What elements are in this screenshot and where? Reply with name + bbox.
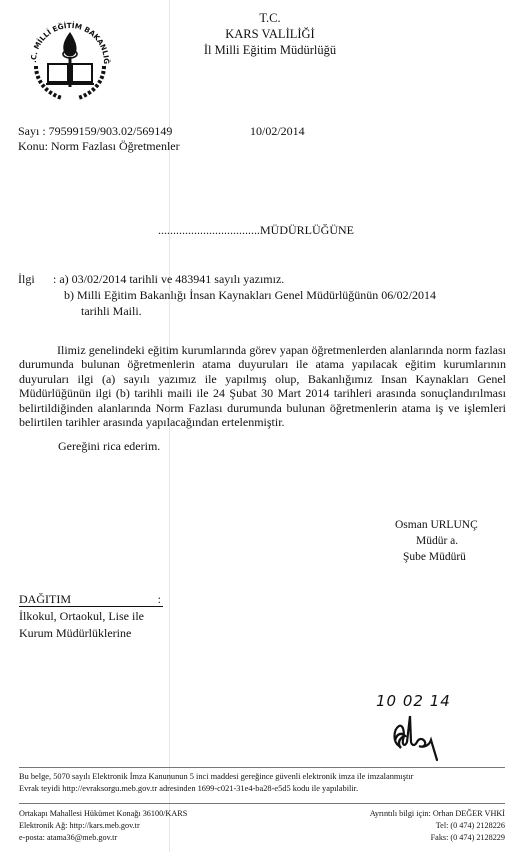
- footer-address: Ortakapı Mahallesi Hükümet Konağı 36100/…: [19, 808, 187, 820]
- footer-fax: Faks: (0 474) 2128229: [370, 832, 505, 844]
- e-signature-line-1: Bu belge, 5070 sayılı Elektronik İmza Ka…: [19, 771, 413, 783]
- letterhead-tc: T.C.: [180, 10, 360, 26]
- distribution-label: DAĞITIM: [19, 592, 71, 606]
- reference-value: : 79599159/903.02/569149: [42, 124, 172, 138]
- reference-label: Sayı: [18, 124, 39, 138]
- e-signature-line-2: Evrak teyidi http://evraksorgu.meb.gov.t…: [19, 783, 413, 795]
- body-paragraph: Ilimiz genelindeki eğitim kurumlarında g…: [19, 343, 506, 429]
- meb-logo-icon: T.C. MİLLİ EĞİTİM BAKANLIĞI: [22, 8, 118, 104]
- svg-text:T.C. MİLLİ EĞİTİM BAKANLIĞI: T.C. MİLLİ EĞİTİM BAKANLIĞI: [22, 8, 111, 64]
- divider-top: [19, 767, 505, 768]
- distribution-colon: :: [158, 592, 161, 606]
- distribution-heading: DAĞITIM :: [19, 592, 163, 607]
- handwritten-signature-icon: [385, 712, 445, 762]
- subject: Konu: Norm Fazlası Öğretmenler: [18, 139, 180, 153]
- signatory-title-2: Şube Müdürü: [403, 551, 466, 563]
- footer-email: e-posta: atama36@meb.gov.tr: [19, 832, 187, 844]
- footer-tel: Tel: (0 474) 2128226: [370, 820, 505, 832]
- closing-line: Gereğini rica ederim.: [58, 439, 160, 454]
- addressee: ..................................MÜDÜRL…: [158, 223, 354, 238]
- signatory-title-1: Müdür a.: [416, 535, 458, 547]
- subject-label: Konu:: [18, 139, 48, 153]
- distribution-line-1: İlkokul, Ortaokul, Lise ile: [19, 609, 144, 624]
- handwritten-date: 10 02 14: [376, 692, 451, 710]
- subject-value: Norm Fazlası Öğretmenler: [51, 139, 180, 153]
- reference-b-continued: tarihli Maili.: [81, 304, 142, 319]
- letterhead: T.C. KARS VALİLİĞİ İl Milli Eğitim Müdür…: [180, 10, 360, 58]
- footer-contact-right: Ayrıntılı bilgi için: Orhan DEĞER VHKİ T…: [370, 808, 505, 844]
- signatory-name: Osman URLUNÇ: [395, 519, 478, 531]
- distribution-line-2: Kurum Müdürlüklerine: [19, 626, 131, 641]
- document-date: 10/02/2014: [250, 124, 305, 138]
- footer-web: Elektronik Ağ: http://kars.meb.gov.tr: [19, 820, 187, 832]
- reference-a: : a) 03/02/2014 tarihli ve 483941 sayılı…: [53, 272, 284, 287]
- letterhead-governorship: KARS VALİLİĞİ: [180, 26, 360, 42]
- footer-contact-person: Ayrıntılı bilgi için: Orhan DEĞER VHKİ: [370, 808, 505, 820]
- letterhead-directorate: İl Milli Eğitim Müdürlüğü: [180, 42, 360, 58]
- footer-contact-left: Ortakapı Mahallesi Hükümet Konağı 36100/…: [19, 808, 187, 844]
- reference-number: Sayı : 79599159/903.02/569149: [18, 124, 172, 138]
- divider-bottom: [19, 803, 505, 804]
- reference-b: b) Milli Eğitim Bakanlığı İnsan Kaynakla…: [64, 288, 436, 303]
- reference-label-ilgi: İlgi: [18, 272, 35, 287]
- e-signature-notice: Bu belge, 5070 sayılı Elektronik İmza Ka…: [19, 771, 413, 795]
